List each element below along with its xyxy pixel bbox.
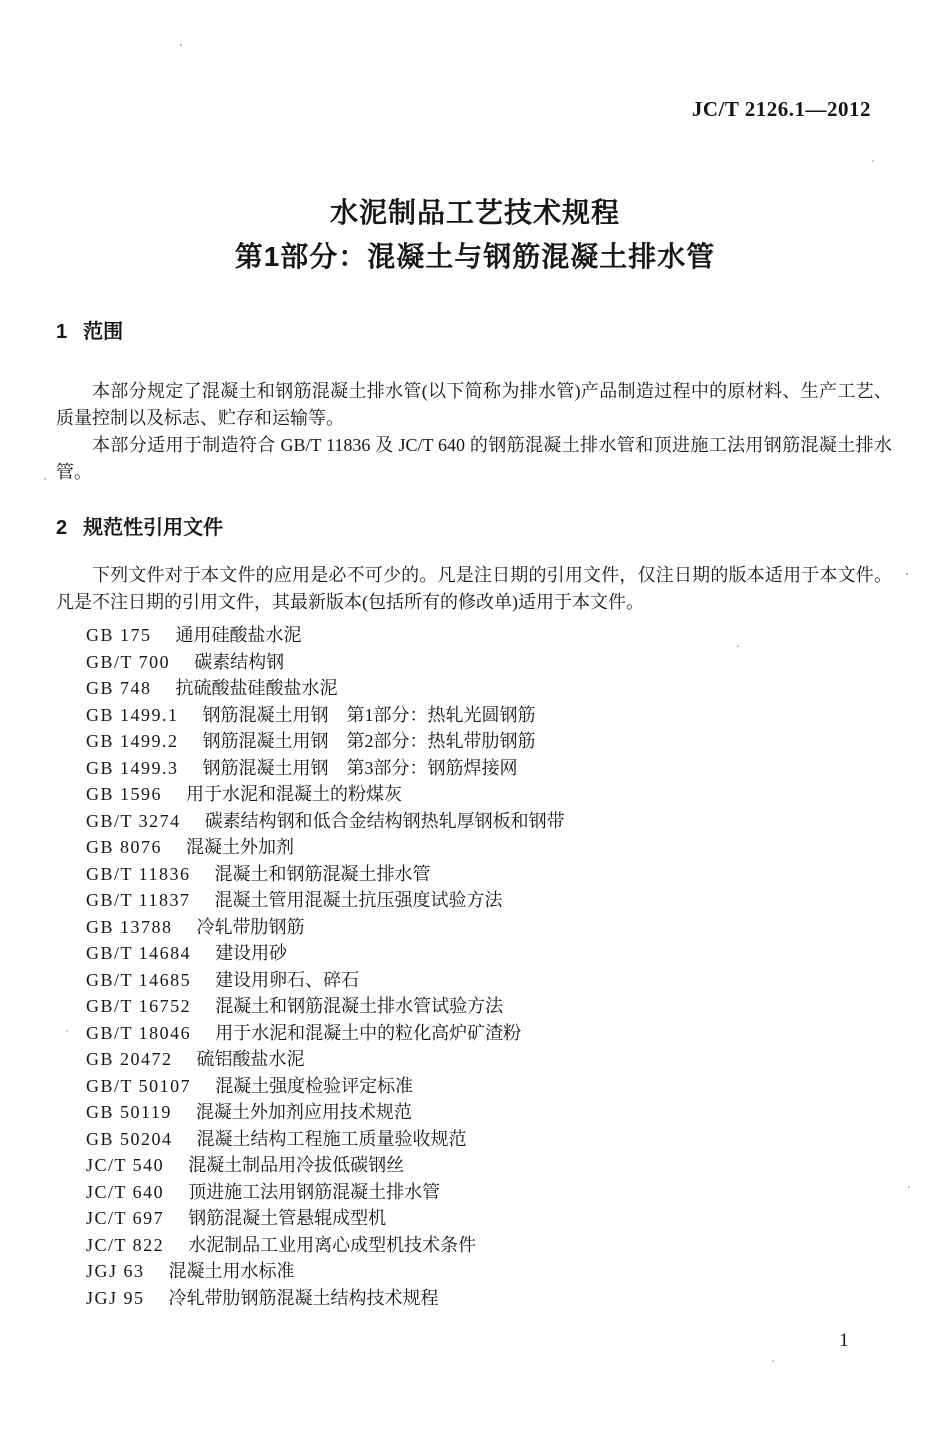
document-title-line2: 第1部分：混凝土与钢筋混凝土排水管 xyxy=(0,235,950,279)
reference-code: JC/T 822 xyxy=(86,1235,164,1255)
reference-title: 硫铝酸盐水泥 xyxy=(197,1049,305,1069)
reference-item: GB/T 700碳素结构钢 xyxy=(86,649,892,676)
reference-title: 通用硅酸盐水泥 xyxy=(176,625,302,645)
reference-item: GB 50204混凝土结构工程施工质量验收规范 xyxy=(86,1126,892,1153)
reference-code: GB 20472 xyxy=(86,1049,173,1069)
reference-title: 钢筋混凝土用钢 第2部分：热轧带肋钢筋 xyxy=(203,731,536,751)
document-title-line1: 水泥制品工艺技术规程 xyxy=(0,191,950,235)
section-scope-heading: 1范围 xyxy=(56,320,892,344)
reference-code: JGJ 63 xyxy=(86,1261,145,1281)
reference-title: 钢筋混凝土用钢 第1部分：热轧光圆钢筋 xyxy=(203,705,536,725)
reference-code: GB 748 xyxy=(86,678,152,698)
reference-item: GB/T 11836混凝土和钢筋混凝土排水管 xyxy=(86,861,892,888)
reference-item: GB 175通用硅酸盐水泥 xyxy=(86,622,892,649)
reference-code: JC/T 540 xyxy=(86,1155,164,1175)
reference-item: GB/T 14684建设用砂 xyxy=(86,940,892,967)
reference-title: 钢筋混凝土用钢 第3部分：钢筋焊接网 xyxy=(203,758,518,778)
scope-paragraph-2: 本部分适用于制造符合 GB/T 11836 及 JC/T 640 的钢筋混凝土排… xyxy=(56,432,892,486)
reference-code: GB 1596 xyxy=(86,784,162,804)
reference-title: 碳素结构钢 xyxy=(194,652,284,672)
reference-item: GB 748抗硫酸盐硅酸盐水泥 xyxy=(86,675,892,702)
reference-code: GB 50119 xyxy=(86,1102,172,1122)
reference-title: 混凝土制品用冷拔低碳钢丝 xyxy=(188,1155,404,1175)
document-page: JC/T 2126.1—2012 水泥制品工艺技术规程 第1部分：混凝土与钢筋混… xyxy=(0,0,950,1435)
reference-title: 钢筋混凝土管悬辊成型机 xyxy=(188,1208,386,1228)
reference-title: 水泥制品工业用离心成型机技术条件 xyxy=(188,1235,476,1255)
reference-code: GB/T 11837 xyxy=(86,890,191,910)
page-number: 1 xyxy=(832,1330,856,1352)
reference-item: GB 50119混凝土外加剂应用技术规范 xyxy=(86,1099,892,1126)
reference-code: GB 1499.3 xyxy=(86,758,179,778)
reference-title: 混凝土强度检验评定标准 xyxy=(215,1076,413,1096)
reference-item: JC/T 697钢筋混凝土管悬辊成型机 xyxy=(86,1205,892,1232)
reference-title: 冷轧带肋钢筋 xyxy=(197,917,305,937)
reference-code: GB/T 14684 xyxy=(86,943,191,963)
reference-code: GB 13788 xyxy=(86,917,173,937)
reference-title: 建设用卵石、碎石 xyxy=(215,970,359,990)
reference-code: GB/T 14685 xyxy=(86,970,191,990)
reference-code: JGJ 95 xyxy=(86,1288,145,1308)
reference-title: 用于水泥和混凝土的粉煤灰 xyxy=(186,784,402,804)
reference-item: GB/T 50107混凝土强度检验评定标准 xyxy=(86,1073,892,1100)
reference-title: 碳素结构钢和低合金结构钢热轧厚钢板和钢带 xyxy=(205,811,565,831)
reference-item: GB 1499.1钢筋混凝土用钢 第1部分：热轧光圆钢筋 xyxy=(86,702,892,729)
reference-item: JGJ 63混凝土用水标准 xyxy=(86,1258,892,1285)
reference-title: 顶进施工法用钢筋混凝土排水管 xyxy=(188,1182,440,1202)
scope-paragraph-1: 本部分规定了混凝土和钢筋混凝土排水管(以下简称为排水管)产品制造过程中的原材料、… xyxy=(56,378,892,432)
reference-code: GB/T 11836 xyxy=(86,864,191,884)
section-references-number: 2 xyxy=(56,517,67,539)
reference-title: 建设用砂 xyxy=(215,943,287,963)
reference-item: GB 20472硫铝酸盐水泥 xyxy=(86,1046,892,1073)
reference-list: GB 175通用硅酸盐水泥 GB/T 700碳素结构钢 GB 748抗硫酸盐硅酸… xyxy=(56,622,892,1311)
section-scope-title: 范围 xyxy=(83,321,123,343)
reference-code: GB 1499.1 xyxy=(86,705,179,725)
reference-title: 混凝土外加剂 xyxy=(186,837,294,857)
reference-code: GB 1499.2 xyxy=(86,731,179,751)
reference-code: GB 8076 xyxy=(86,837,162,857)
reference-code: GB/T 700 xyxy=(86,652,170,672)
reference-code: JC/T 697 xyxy=(86,1208,164,1228)
reference-code: GB 50204 xyxy=(86,1129,173,1149)
reference-item: GB 13788冷轧带肋钢筋 xyxy=(86,914,892,941)
section-references-heading: 2规范性引用文件 xyxy=(56,516,892,540)
reference-item: JC/T 540混凝土制品用冷拔低碳钢丝 xyxy=(86,1152,892,1179)
reference-item: GB 1499.2钢筋混凝土用钢 第2部分：热轧带肋钢筋 xyxy=(86,728,892,755)
reference-item: JC/T 640顶进施工法用钢筋混凝土排水管 xyxy=(86,1179,892,1206)
section-references-title: 规范性引用文件 xyxy=(83,517,223,539)
reference-title: 混凝土和钢筋混凝土排水管试验方法 xyxy=(215,996,503,1016)
reference-item: JGJ 95冷轧带肋钢筋混凝土结构技术规程 xyxy=(86,1285,892,1312)
document-title: 水泥制品工艺技术规程 第1部分：混凝土与钢筋混凝土排水管 xyxy=(0,191,950,279)
reference-title: 用于水泥和混凝土中的粒化高炉矿渣粉 xyxy=(215,1023,521,1043)
references-intro: 下列文件对于本文件的应用是必不可少的。凡是注日期的引用文件，仅注日期的版本适用于… xyxy=(56,562,892,616)
reference-code: GB 175 xyxy=(86,625,152,645)
reference-title: 混凝土外加剂应用技术规范 xyxy=(196,1102,412,1122)
reference-code: GB/T 18046 xyxy=(86,1023,191,1043)
reference-code: GB/T 3274 xyxy=(86,811,181,831)
reference-title: 混凝土管用混凝土抗压强度试验方法 xyxy=(215,890,503,910)
standard-code: JC/T 2126.1—2012 xyxy=(692,97,871,122)
reference-item: GB 1596用于水泥和混凝土的粉煤灰 xyxy=(86,781,892,808)
reference-item: GB/T 3274碳素结构钢和低合金结构钢热轧厚钢板和钢带 xyxy=(86,808,892,835)
reference-title: 冷轧带肋钢筋混凝土结构技术规程 xyxy=(169,1288,439,1308)
section-scope-number: 1 xyxy=(56,321,67,343)
reference-item: GB/T 11837混凝土管用混凝土抗压强度试验方法 xyxy=(86,887,892,914)
document-body: 1范围 本部分规定了混凝土和钢筋混凝土排水管(以下简称为排水管)产品制造过程中的… xyxy=(56,320,892,1311)
reference-code: GB/T 16752 xyxy=(86,996,191,1016)
reference-code: JC/T 640 xyxy=(86,1182,164,1202)
reference-item: GB 8076混凝土外加剂 xyxy=(86,834,892,861)
reference-item: GB/T 16752混凝土和钢筋混凝土排水管试验方法 xyxy=(86,993,892,1020)
reference-title: 混凝土和钢筋混凝土排水管 xyxy=(215,864,431,884)
reference-title: 混凝土用水标准 xyxy=(169,1261,295,1281)
scan-noise-specks xyxy=(180,44,182,46)
reference-item: GB 1499.3钢筋混凝土用钢 第3部分：钢筋焊接网 xyxy=(86,755,892,782)
reference-title: 混凝土结构工程施工质量验收规范 xyxy=(197,1129,467,1149)
reference-code: GB/T 50107 xyxy=(86,1076,191,1096)
reference-item: GB/T 14685建设用卵石、碎石 xyxy=(86,967,892,994)
reference-item: JC/T 822水泥制品工业用离心成型机技术条件 xyxy=(86,1232,892,1259)
reference-item: GB/T 18046用于水泥和混凝土中的粒化高炉矿渣粉 xyxy=(86,1020,892,1047)
reference-title: 抗硫酸盐硅酸盐水泥 xyxy=(176,678,338,698)
